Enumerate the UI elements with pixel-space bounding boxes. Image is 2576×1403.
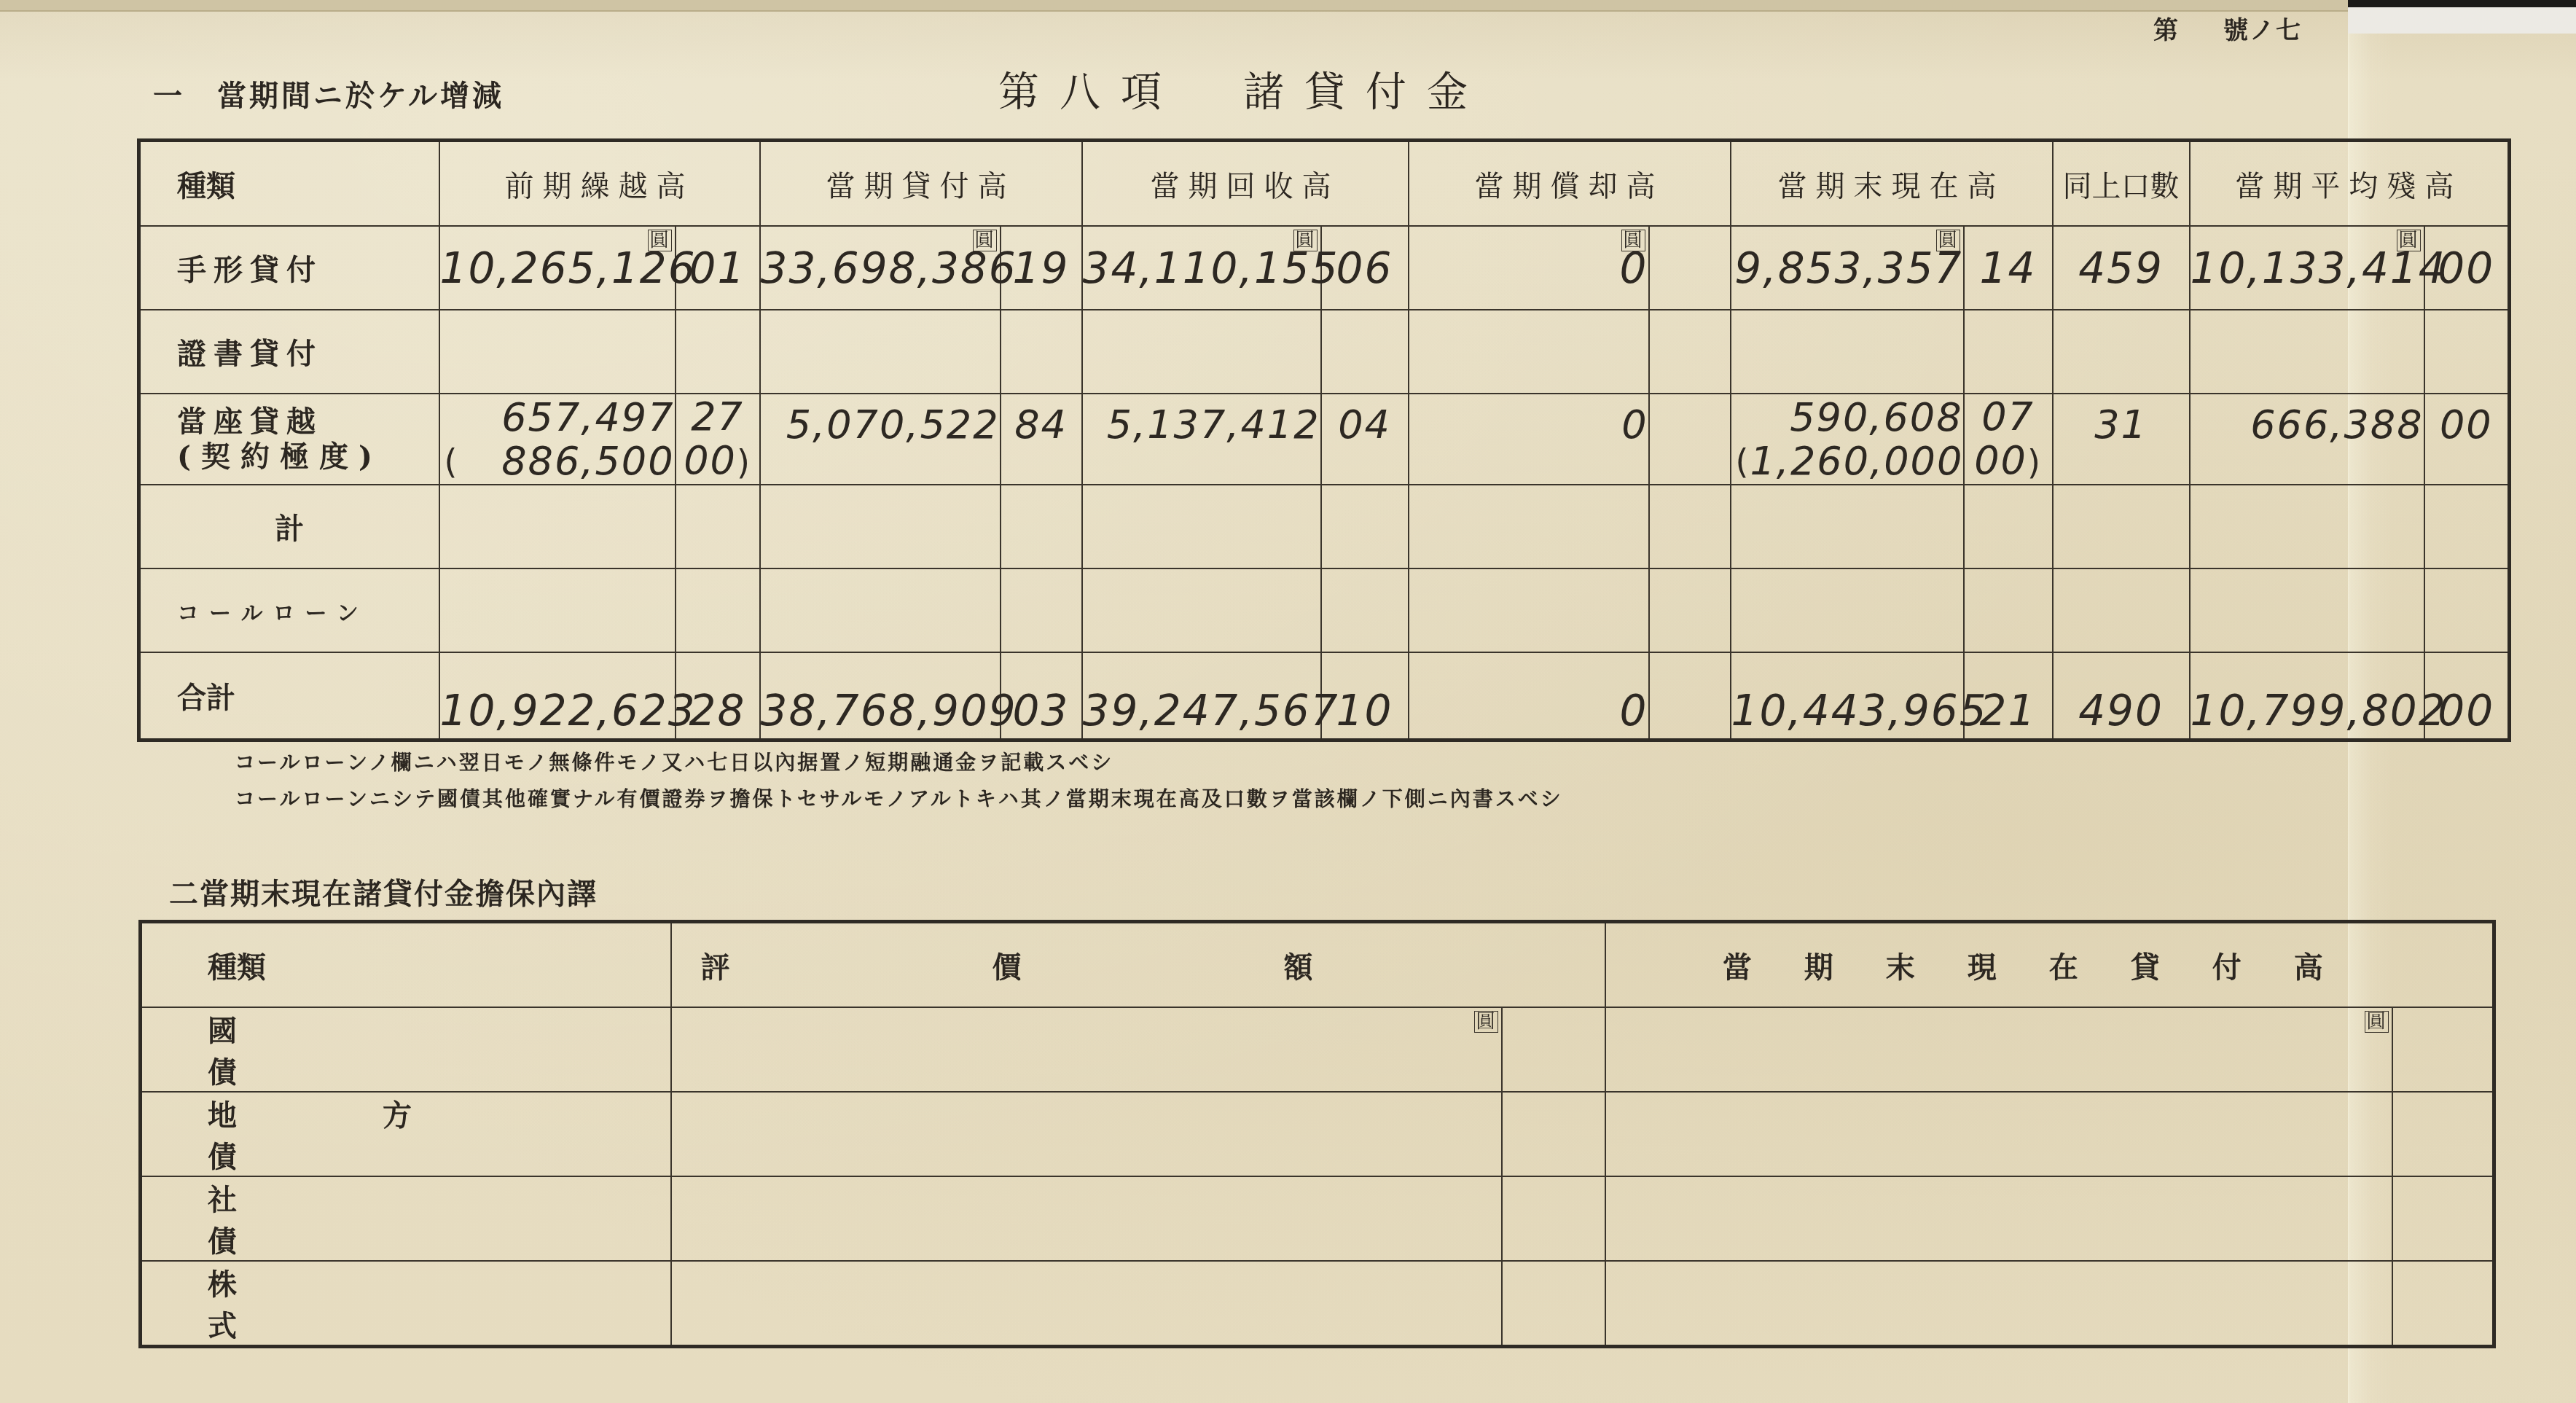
valuation-yen: 圓 bbox=[671, 1007, 1502, 1092]
prev-carryover-sen: 27 00) bbox=[676, 394, 760, 485]
period-end-sen: 14 bbox=[1964, 226, 2053, 310]
period-end-yen bbox=[1731, 485, 1964, 568]
row-label: 社債 bbox=[141, 1176, 671, 1261]
table-row: 當座貸越 (契約極度) 657,497 (886,500 27 00) 5,07… bbox=[139, 394, 2510, 485]
written-off-yen bbox=[1409, 485, 1649, 568]
column-header-period-end: 當期末現在高 bbox=[1731, 141, 2053, 227]
column-header-written-off: 當期償却高 bbox=[1409, 141, 1731, 227]
table-row: 手形貸付 圓10,265,126 01 圓33,698,386 19 圓34,1… bbox=[139, 226, 2510, 310]
lent-sen bbox=[1001, 310, 1082, 394]
lent-yen: 圓33,698,386 bbox=[760, 226, 1001, 310]
table-row: 證書貸付 bbox=[139, 310, 2510, 394]
row-label: コールローン bbox=[139, 568, 439, 652]
written-off-sen bbox=[1649, 568, 1731, 652]
outstanding-yen bbox=[1605, 1092, 2392, 1176]
binding-label bbox=[2348, 7, 2576, 34]
average-yen: 666,388 bbox=[2190, 394, 2424, 485]
period-end-sen bbox=[1964, 568, 2053, 652]
average-yen bbox=[2190, 310, 2424, 394]
valuation-yen bbox=[671, 1261, 1502, 1347]
loan-changes-table: 種類 前期繰越高 當期貸付高 當期回收高 當期償却高 當期末現在高 同上口數 當… bbox=[137, 138, 2511, 742]
collected-yen bbox=[1082, 485, 1321, 568]
page-number-suffix: 號ノ七 bbox=[2223, 16, 2302, 45]
written-off-yen bbox=[1409, 310, 1649, 394]
count bbox=[2053, 485, 2190, 568]
count: 490 bbox=[2053, 652, 2190, 740]
valuation-sen bbox=[1502, 1261, 1605, 1347]
outstanding-sen bbox=[2392, 1176, 2494, 1261]
average-sen bbox=[2424, 485, 2510, 568]
collected-yen bbox=[1082, 568, 1321, 652]
lent-sen bbox=[1001, 568, 1082, 652]
period-end-sen: 07 00) bbox=[1964, 394, 2053, 485]
written-off-sen bbox=[1649, 226, 1731, 310]
prev-carryover-sen bbox=[676, 485, 760, 568]
row-label: 國債 bbox=[141, 1007, 671, 1092]
prev-carryover-yen bbox=[439, 485, 676, 568]
collected-sen bbox=[1321, 568, 1409, 652]
average-sen: 00 bbox=[2424, 394, 2510, 485]
average-sen: 00 bbox=[2424, 652, 2510, 740]
period-end-yen bbox=[1731, 310, 1964, 394]
table-row: コールローン bbox=[139, 568, 2510, 652]
table-row-total: 合計 10,922,623 28 38,768,909 03 39,247,56… bbox=[139, 652, 2510, 740]
average-sen bbox=[2424, 568, 2510, 652]
period-end-yen: 590,608 (1,260,000 bbox=[1731, 394, 1964, 485]
outstanding-yen: 圓 bbox=[1605, 1007, 2392, 1092]
written-off-sen bbox=[1649, 652, 1731, 740]
count bbox=[2053, 310, 2190, 394]
period-end-sen bbox=[1964, 485, 2053, 568]
collected-yen: 5,137,412 bbox=[1082, 394, 1321, 485]
written-off-yen: 圓0 bbox=[1409, 226, 1649, 310]
period-end-yen bbox=[1731, 568, 1964, 652]
lent-sen: 84 bbox=[1001, 394, 1082, 485]
row-label: 手形貸付 bbox=[139, 226, 439, 310]
period-end-sen bbox=[1964, 310, 2053, 394]
section2-heading: 二當期末現在諸貸付金擔保內譯 bbox=[169, 871, 598, 912]
table-row: 株式 bbox=[141, 1261, 2494, 1347]
table-row: 地方債 bbox=[141, 1092, 2494, 1176]
valuation-sen bbox=[1502, 1176, 1605, 1261]
page-number: 第號ノ七 bbox=[2153, 10, 2302, 46]
written-off-yen: 0 bbox=[1409, 394, 1649, 485]
count: 459 bbox=[2053, 226, 2190, 310]
count: 31 bbox=[2053, 394, 2190, 485]
prev-carryover-yen: 657,497 (886,500 bbox=[439, 394, 676, 485]
row-sublabel: (契約極度) bbox=[141, 439, 439, 474]
valuation-sen bbox=[1502, 1092, 1605, 1176]
section1-heading: 一 當期間ニ於ケル增減 bbox=[153, 73, 504, 114]
lent-yen bbox=[760, 310, 1001, 394]
table-row: 社債 bbox=[141, 1176, 2494, 1261]
page-number-prefix: 第 bbox=[2153, 16, 2180, 45]
column-header-average: 當期平均殘高 bbox=[2190, 141, 2510, 227]
written-off-sen bbox=[1649, 310, 1731, 394]
column-header-collected: 當期回收高 bbox=[1082, 141, 1409, 227]
outstanding-yen bbox=[1605, 1176, 2392, 1261]
prev-carryover-sen bbox=[676, 310, 760, 394]
row-label: 計 bbox=[139, 485, 439, 568]
lent-sen: 19 bbox=[1001, 226, 1082, 310]
period-end-yen: 10,443,965 bbox=[1731, 652, 1964, 740]
collected-yen bbox=[1082, 310, 1321, 394]
prev-carryover-yen bbox=[439, 310, 676, 394]
collateral-breakdown-table: 種類 評價額 當期末現在貸付高 國債 圓 圓 地方債 社債 株式 bbox=[138, 920, 2496, 1348]
table-row: 計 bbox=[139, 485, 2510, 568]
period-end-yen: 圓9,853,357 bbox=[1731, 226, 1964, 310]
period-end-sen: 21 bbox=[1964, 652, 2053, 740]
collected-sen: 06 bbox=[1321, 226, 1409, 310]
written-off-yen bbox=[1409, 568, 1649, 652]
table-header-row: 種類 前期繰越高 當期貸付高 當期回收高 當期償却高 當期末現在高 同上口數 當… bbox=[139, 141, 2510, 227]
column-header-count: 同上口數 bbox=[2053, 141, 2190, 227]
prev-carryover-sen: 01 bbox=[676, 226, 760, 310]
column-header-kind: 種類 bbox=[141, 922, 671, 1008]
lent-yen bbox=[760, 485, 1001, 568]
binding-tab bbox=[2348, 0, 2576, 7]
table-row: 國債 圓 圓 bbox=[141, 1007, 2494, 1092]
prev-carryover-yen bbox=[439, 568, 676, 652]
column-header-lent: 當期貸付高 bbox=[760, 141, 1082, 227]
lent-yen: 5,070,522 bbox=[760, 394, 1001, 485]
average-yen bbox=[2190, 485, 2424, 568]
table-header-row: 種類 評價額 當期末現在貸付高 bbox=[141, 922, 2494, 1008]
collected-sen bbox=[1321, 485, 1409, 568]
prev-carryover-sen bbox=[676, 568, 760, 652]
average-sen: 00 bbox=[2424, 226, 2510, 310]
prev-carryover-sen: 28 bbox=[676, 652, 760, 740]
collected-yen: 圓34,110,155 bbox=[1082, 226, 1321, 310]
lent-yen: 38,768,909 bbox=[760, 652, 1001, 740]
prev-carryover-yen: 圓10,265,126 bbox=[439, 226, 676, 310]
row-label: 當座貸越 (契約極度) bbox=[139, 394, 439, 485]
valuation-yen bbox=[671, 1176, 1502, 1261]
row-label: 合計 bbox=[139, 652, 439, 740]
average-yen: 圓10,133,414 bbox=[2190, 226, 2424, 310]
column-header-kind: 種類 bbox=[139, 141, 439, 227]
average-sen bbox=[2424, 310, 2510, 394]
page-title: 第八項 諸貸付金 bbox=[998, 60, 1488, 118]
count bbox=[2053, 568, 2190, 652]
footnote: コールローンノ欄ニハ翌日モノ無條件モノ又ハ七日以內据置ノ短期融通金ヲ記載スベシ bbox=[235, 747, 1113, 776]
average-yen bbox=[2190, 568, 2424, 652]
row-label: 證書貸付 bbox=[139, 310, 439, 394]
column-header-prev-carryover: 前期繰越高 bbox=[439, 141, 760, 227]
outstanding-sen bbox=[2392, 1092, 2494, 1176]
collected-sen: 10 bbox=[1321, 652, 1409, 740]
average-yen: 10,799,802 bbox=[2190, 652, 2424, 740]
outstanding-yen bbox=[1605, 1261, 2392, 1347]
outstanding-sen bbox=[2392, 1007, 2494, 1092]
collected-sen: 04 bbox=[1321, 394, 1409, 485]
row-label: 地方債 bbox=[141, 1092, 671, 1176]
prev-carryover-yen: 10,922,623 bbox=[439, 652, 676, 740]
valuation-yen bbox=[671, 1092, 1502, 1176]
outstanding-sen bbox=[2392, 1261, 2494, 1347]
column-header-valuation: 評價額 bbox=[671, 922, 1605, 1008]
written-off-sen bbox=[1649, 394, 1731, 485]
footnote: コールローンニシテ國債其他確實ナル有價證券ヲ擔保トセサルモノアルトキハ其ノ當期末… bbox=[235, 783, 1563, 813]
valuation-sen bbox=[1502, 1007, 1605, 1092]
lent-sen: 03 bbox=[1001, 652, 1082, 740]
written-off-yen: 0 bbox=[1409, 652, 1649, 740]
column-header-outstanding: 當期末現在貸付高 bbox=[1605, 922, 2494, 1008]
collected-yen: 39,247,567 bbox=[1082, 652, 1321, 740]
collected-sen bbox=[1321, 310, 1409, 394]
row-label: 株式 bbox=[141, 1261, 671, 1347]
written-off-sen bbox=[1649, 485, 1731, 568]
lent-sen bbox=[1001, 485, 1082, 568]
lent-yen bbox=[760, 568, 1001, 652]
